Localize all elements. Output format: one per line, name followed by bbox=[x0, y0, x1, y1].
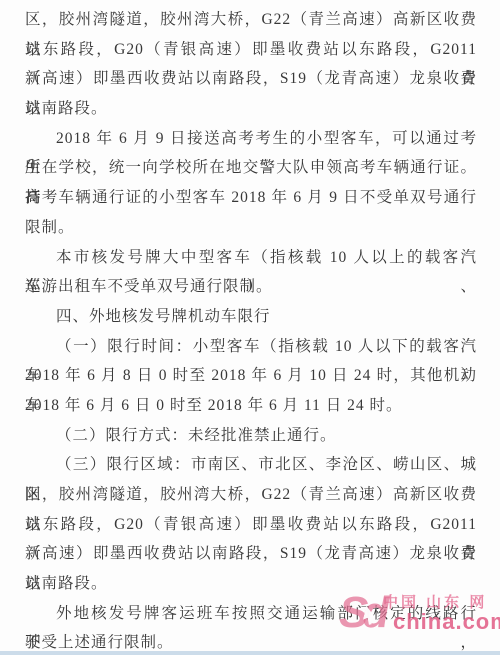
text-line: 以南路段。 bbox=[25, 569, 477, 599]
section-heading: 四、外地核发号牌机动车限行 bbox=[25, 302, 477, 332]
text-line: 高考车辆通行证的小型客车 2018 年 6 月 9 日不受单双号通行 bbox=[25, 183, 477, 213]
text-line: 以东路段，G20（青银高速）即墨收费站以东路段，G2011（青 bbox=[25, 510, 477, 540]
text-line: 新高速）即墨西收费站以南路段，S19（龙青高速）龙泉收费站 bbox=[25, 64, 477, 94]
text-line: 以东路段，G20（青银高速）即墨收费站以东路段，G2011（青 bbox=[25, 35, 477, 65]
bottom-border bbox=[0, 651, 500, 655]
text-line: （一）限行时间：小型客车（指核载 10 人以下的载客汽车） bbox=[25, 332, 477, 362]
text-line: 区，胶州湾隧道，胶州湾大桥，G22（青兰高速）高新区收费站 bbox=[25, 480, 477, 510]
text-line: （三）限行区域：市南区、市北区、李沧区、崂山区、城阳 bbox=[25, 450, 477, 480]
text-line: 区，胶州湾隧道，胶州湾大桥，G22（青兰高速）高新区收费站 bbox=[25, 5, 477, 35]
text-line: （二）限行方式：未经批准禁止通行。 bbox=[25, 421, 477, 451]
text-line: 2018 年 6 月 9 日接送高考考生的小型客车，可以通过考生 bbox=[25, 124, 477, 154]
text-line: 2018 年 6 月 6 日 0 时至 2018 年 6 月 11 日 24 时… bbox=[25, 391, 477, 421]
text-line: 限制。 bbox=[25, 213, 477, 243]
document-body: 区，胶州湾隧道，胶州湾大桥，G22（青兰高速）高新区收费站 以东路段，G20（青… bbox=[25, 5, 477, 655]
text-line: 所在学校，统一向学校所在地交警大队申领高考车辆通行证。持 bbox=[25, 153, 477, 183]
text-line: 外地核发号牌客运班车按照交通运输部门核定的线路行驶， bbox=[25, 599, 477, 629]
text-line: 以南路段。 bbox=[25, 94, 477, 124]
text-line: 新高速）即墨西收费站以南路段，S19（龙青高速）龙泉收费站 bbox=[25, 539, 477, 569]
text-line: 2018 年 6 月 8 日 0 时至 2018 年 6 月 10 日 24 时… bbox=[25, 361, 477, 391]
text-line: 本市核发号牌大中型客车（指核载 10 人以上的载客汽车）、 bbox=[25, 243, 477, 273]
